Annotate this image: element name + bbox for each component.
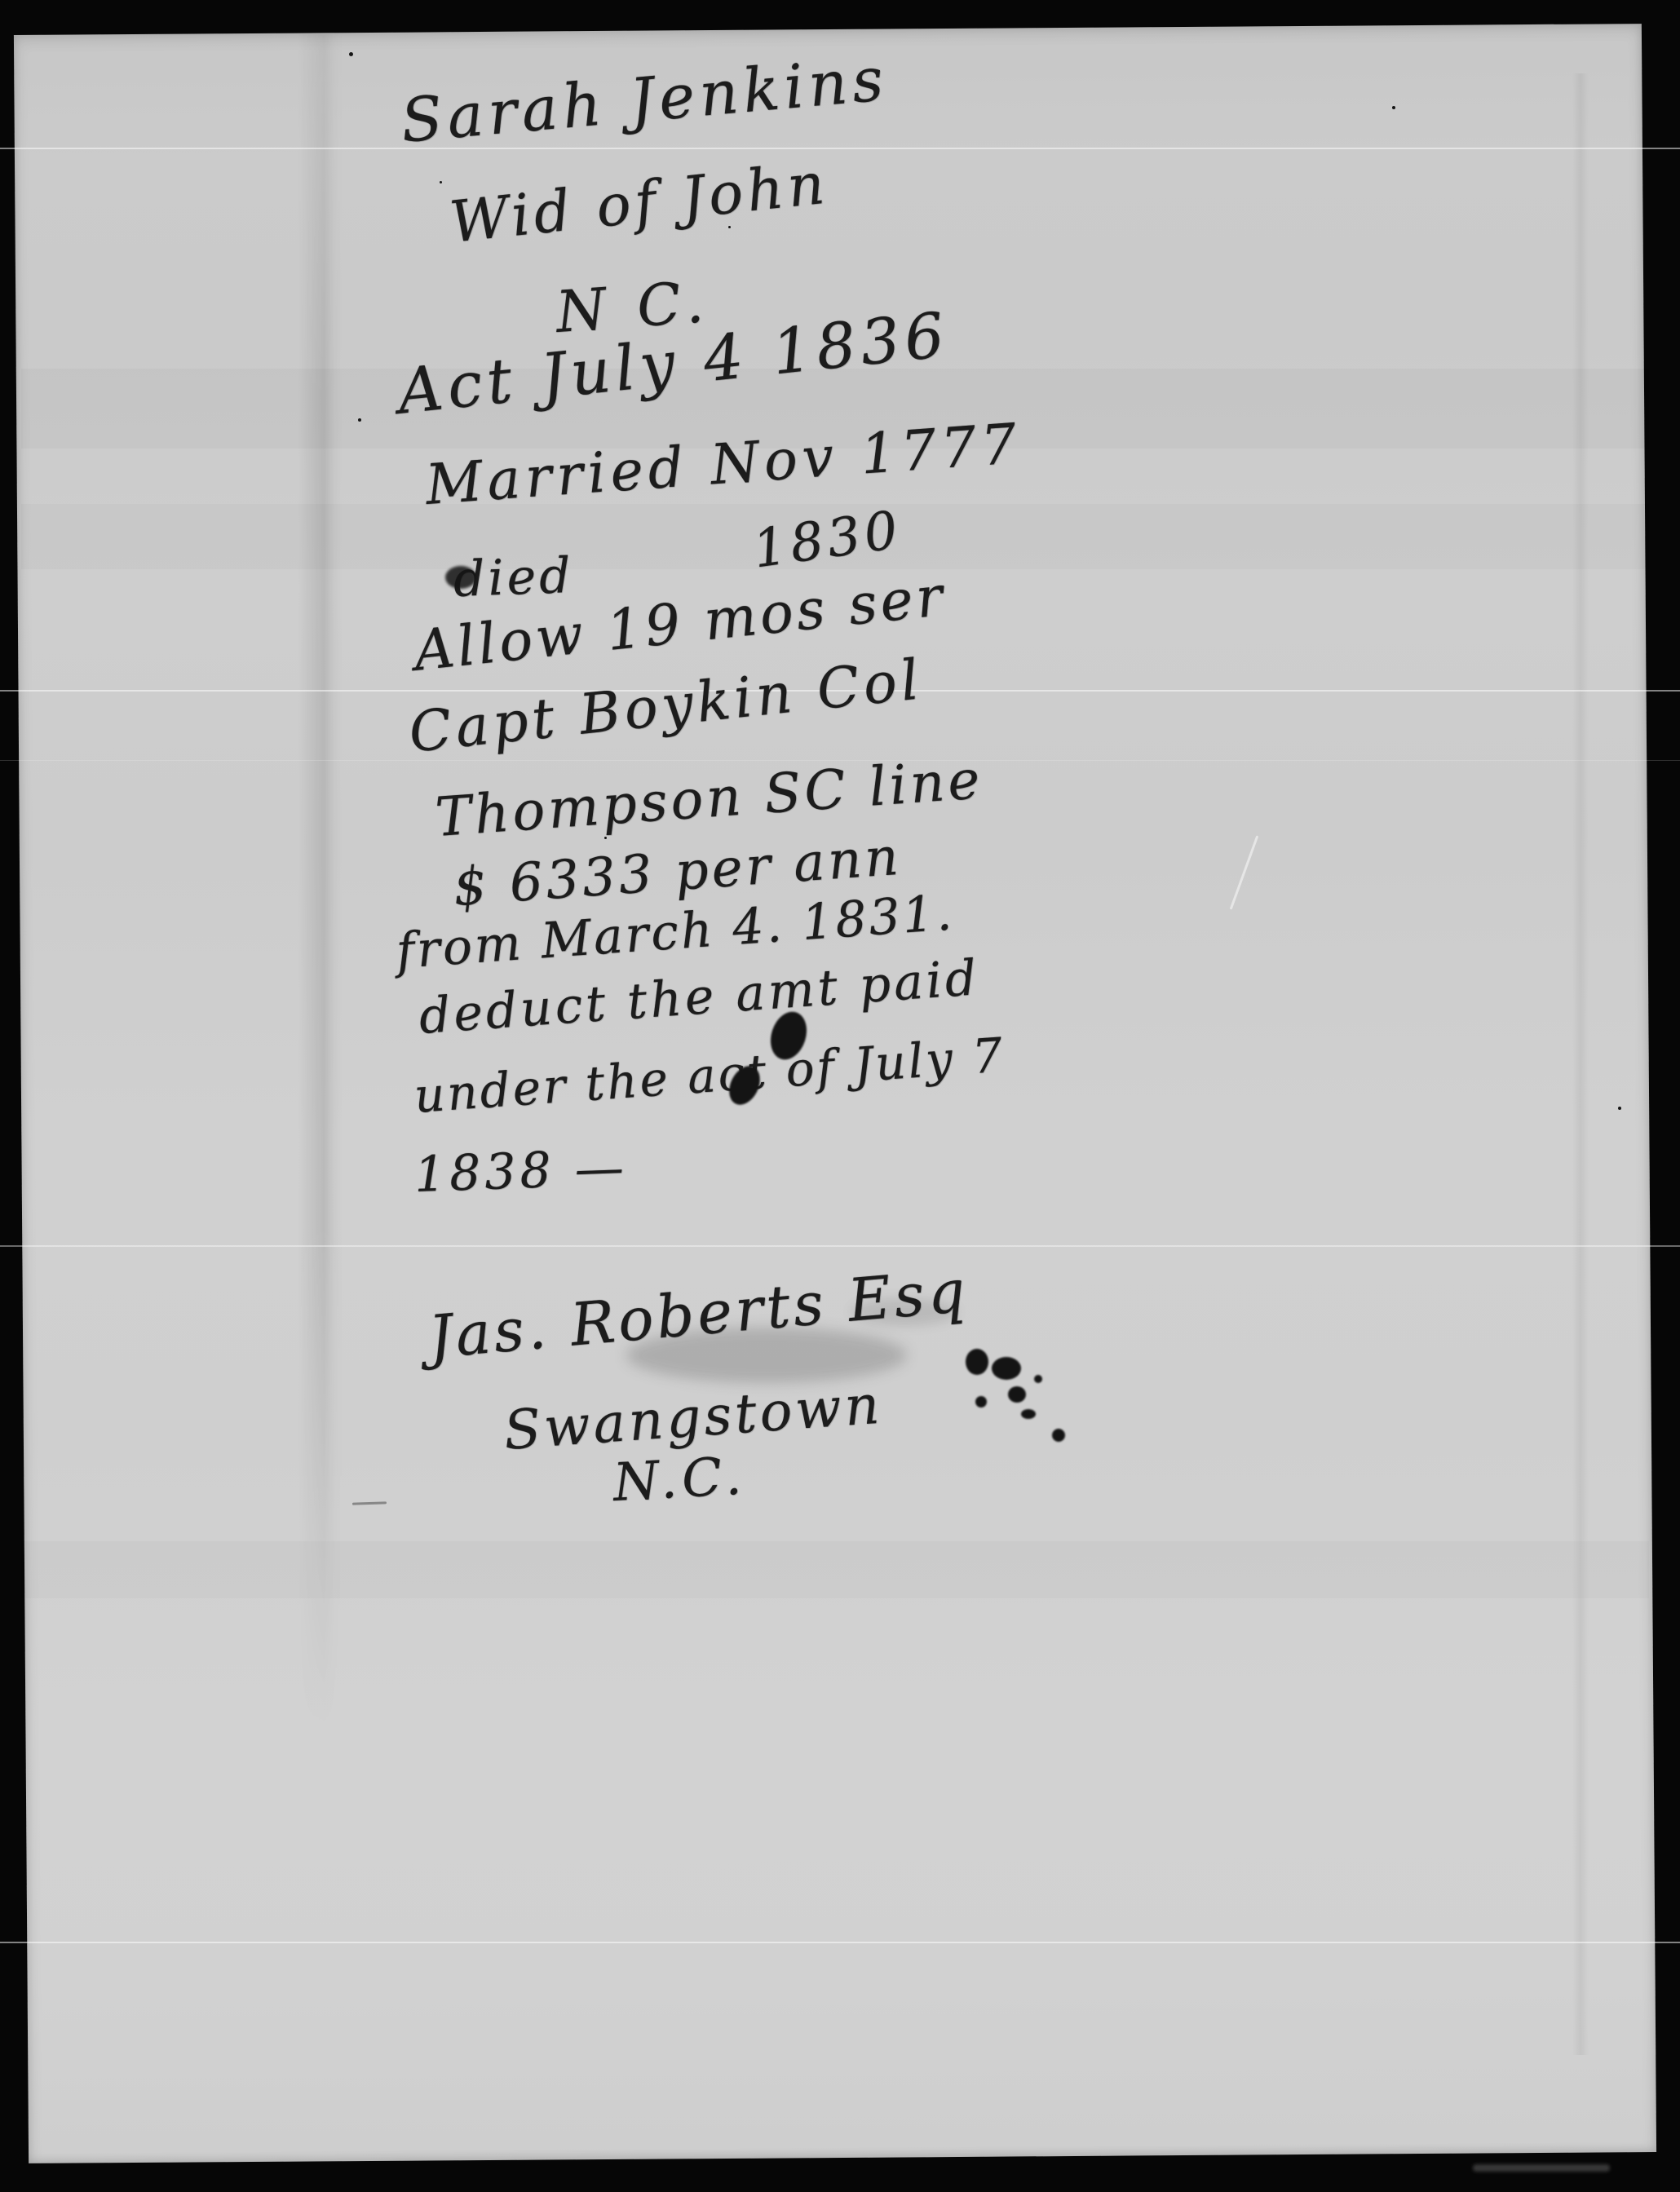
ink-smear — [851, 1298, 957, 1326]
ink-splatter — [1052, 1429, 1065, 1442]
ink-speck — [358, 418, 361, 422]
ink-speck — [604, 837, 607, 839]
scanner-line — [0, 1245, 1680, 1247]
ink-speck — [1392, 106, 1395, 109]
scanned-page-background: Sarah Jenkins Wid of John N C. Act July … — [0, 0, 1680, 2192]
scanner-line — [0, 1942, 1680, 1943]
ink-splatter — [1008, 1386, 1026, 1403]
ink-speck — [728, 226, 731, 228]
ink-splatter — [1021, 1409, 1036, 1419]
ink-smear — [626, 1328, 907, 1383]
ink-speck — [349, 52, 353, 56]
vertical-fold-crease — [298, 34, 343, 1730]
line-deduct-3: 1838 — — [413, 1139, 629, 1204]
ink-splatter — [1034, 1375, 1042, 1383]
ink-blot — [445, 566, 476, 589]
line-agent-state: N.C. — [612, 1447, 748, 1514]
scanner-line — [0, 148, 1680, 149]
ink-speck — [440, 181, 442, 183]
tonal-band — [21, 1541, 1649, 1598]
ink-splatter — [966, 1349, 988, 1375]
ink-speck — [1618, 1107, 1621, 1110]
ink-splatter — [992, 1357, 1021, 1380]
ink-splatter — [975, 1396, 987, 1408]
edge-streak — [1473, 2164, 1610, 2172]
